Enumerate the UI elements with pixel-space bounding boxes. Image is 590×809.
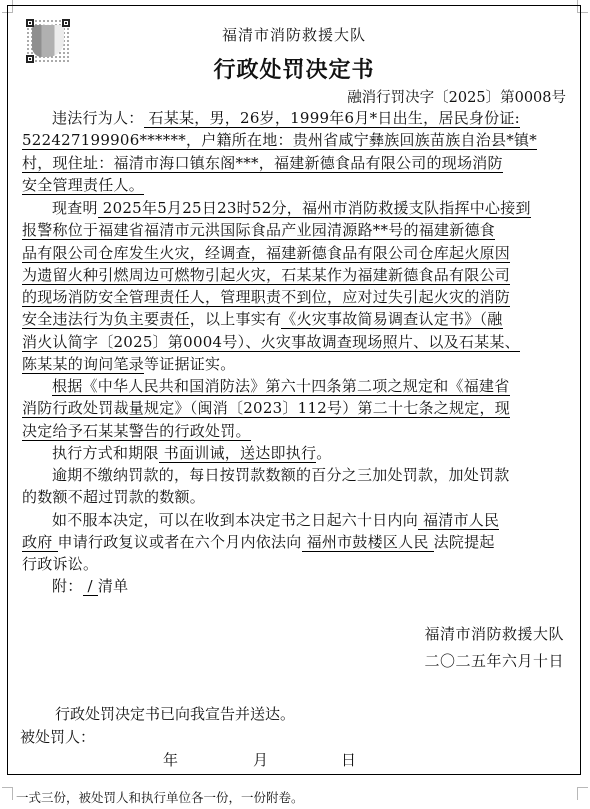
- party-section: 违法行为人： 石某某，男，26岁，1999年6月*日出生，居民身份证: 5224…: [22, 107, 584, 196]
- signature-date: 二〇二五年六月十日: [424, 650, 564, 671]
- facts-line-6: 安全违法行为负主要责任，以上事实有《火灾事故简易调查认定书》（融: [22, 308, 584, 330]
- facts-line-7: 消火认简字〔2025〕第0004号）、火灾事故调查现场照片、以及石某某、: [22, 331, 584, 353]
- facts-line-2: 报警称位于福建省福清市元洪国际食品产业园清源路**号的福建新德食: [22, 219, 584, 241]
- execution-value: 书面训诫，送达即执行: [159, 444, 317, 463]
- issuing-org: 福清市消防救援大队: [8, 24, 580, 45]
- receipt-party-label: 被处罚人：: [20, 726, 95, 747]
- facts-prefix: 现查明: [52, 199, 98, 217]
- document-frame: 福清市消防救援大队 行政处罚决定书 融消行罚决字〔2025〕第0008号 违法行…: [7, 5, 581, 775]
- overdue-line-1: 逾期不缴纳罚款的，每日按罚款数额的百分之三加处罚款，加处罚款: [22, 464, 584, 486]
- footer-note: 一式三份，被处罚人和执行单位各一份，一份附卷。: [16, 788, 304, 806]
- basis-line-3: 决定给予石某某警告的行政处罚。: [22, 420, 584, 442]
- appeal-line-1: 如不服本决定，可以在收到本决定书之日起六十日内向 福清市人民: [22, 509, 584, 531]
- party-label: 违法行为人：: [52, 109, 144, 127]
- attachment-line: 附： / 清单: [22, 575, 584, 597]
- appeal-line-2: 政府 申请行政复议或者在六个月内依法向 福州市鼓楼区人民 法院提起: [22, 531, 584, 553]
- execution-line: 执行方式和期限 书面训诫，送达即执行。: [22, 442, 584, 464]
- overdue-line-2: 的数额不超过罚款的数额。: [22, 486, 584, 508]
- receipt-year-label: 年: [163, 749, 178, 770]
- facts-section: 现查明 2025年5月25日23时52分，福州市消防救援支队指挥中心接到 报警称…: [22, 197, 584, 375]
- attachment-value: /: [83, 577, 98, 596]
- document-number: 融消行罚决字〔2025〕第0008号: [347, 86, 566, 107]
- party-line-3: 村，现住址：福清市海口镇东阁***，福建新德食品有限公司的现场消防: [22, 152, 584, 174]
- facts-line-8: 陈某某的询问笔录等证据证实。: [22, 353, 584, 375]
- facts-line-5: 的现场消防安全管理责任人，管理职责不到位，应对过失引起火灾的消防: [22, 286, 584, 308]
- receipt-statement: 行政处罚决定书已向我宣告并送达。: [55, 703, 295, 724]
- receipt-month-label: 月: [253, 749, 268, 770]
- facts-line-3: 品有限公司仓库发生火灾，经调查，福建新德食品有限公司仓库起火原因: [22, 242, 584, 264]
- legal-basis-section: 根据《中华人民共和国消防法》第六十四条第二项之规定和《福建省 消防行政处罚裁量规…: [22, 375, 584, 464]
- page-corner-mark-bottom-right: [577, 787, 588, 800]
- court-name: 福州市鼓楼区人民: [302, 533, 434, 552]
- notice-section: 逾期不缴纳罚款的，每日按罚款数额的百分之三加处罚款，加处罚款 的数额不超过罚款的…: [22, 464, 584, 598]
- appeal-line-3: 行政诉讼。: [22, 553, 584, 575]
- facts-line-1: 现查明 2025年5月25日23时52分，福州市消防救援支队指挥中心接到: [22, 197, 584, 219]
- receipt-day-label: 日: [341, 749, 356, 770]
- party-line-2: 522427199906******，户籍所在地：贵州省咸宁彝族回族苗族自治县*…: [22, 129, 584, 151]
- execution-label: 执行方式和期限: [52, 444, 159, 462]
- document-title: 行政处罚决定书: [8, 53, 580, 84]
- signature-org: 福清市消防救援大队: [424, 623, 564, 644]
- page-corner-mark-bottom-left: [2, 787, 13, 800]
- basis-line-2: 消防行政处罚裁量规定》（闽消〔2023〕112号）第二十七条之规定，现: [22, 397, 584, 419]
- basis-line-1: 根据《中华人民共和国消防法》第六十四条第二项之规定和《福建省: [22, 375, 584, 397]
- party-line-4: 安全管理责任人。: [22, 174, 584, 196]
- facts-line-4: 为遗留火种引燃周边可燃物引起火灾，石某某作为福建新德食品有限公司: [22, 264, 584, 286]
- review-authority: 福清市人民: [418, 511, 499, 530]
- party-line-1: 违法行为人： 石某某，男，26岁，1999年6月*日出生，居民身份证:: [22, 107, 584, 129]
- party-info: 石某某，男，26岁，1999年6月*日出生，居民身份证:: [144, 109, 520, 128]
